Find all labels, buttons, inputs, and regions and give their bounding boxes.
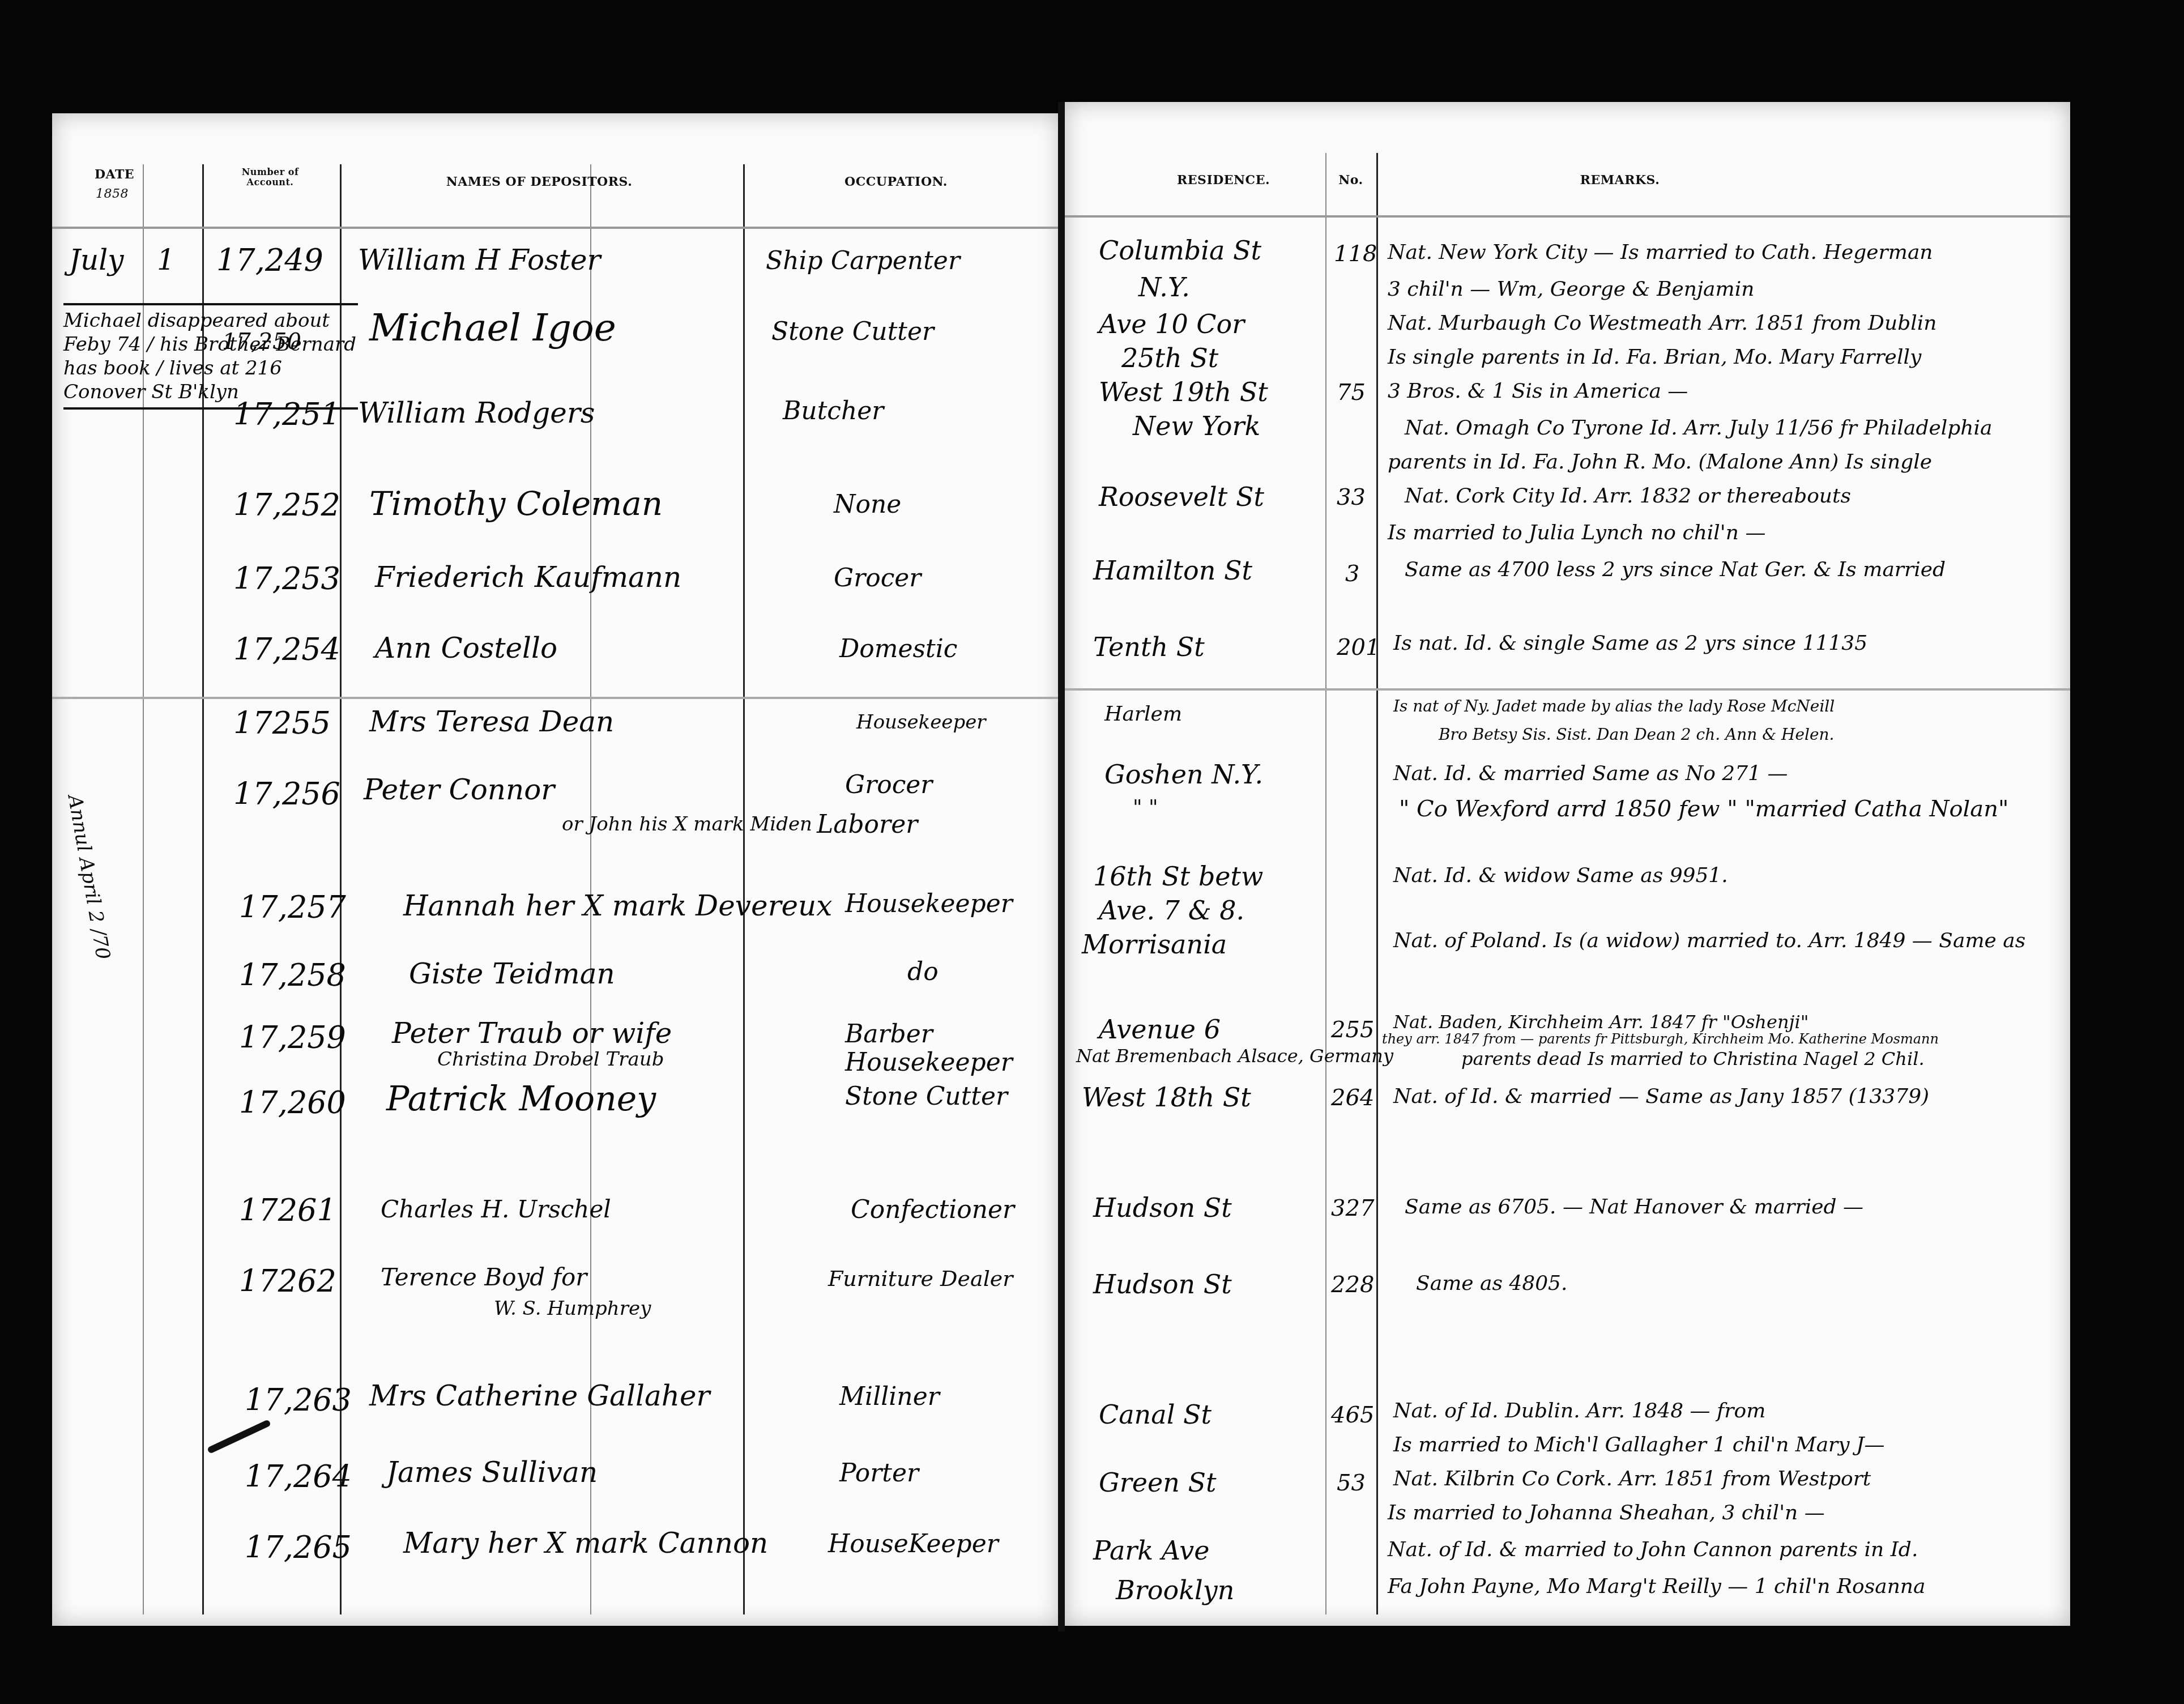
residence-line2: New York (1133, 411, 1260, 441)
remarks-line: Is married to Johanna Sheahan, 3 chil'n … (1388, 1501, 1825, 1524)
depositor-name: Patrick Mooney (386, 1079, 656, 1119)
residence-line2: Nat Bremenbach Alsace, Germany (1076, 1045, 1393, 1067)
remarks-line: Same as 4805. (1416, 1272, 1567, 1295)
occupation: None (834, 490, 901, 519)
annulled-note: Annul April 2 /70 (63, 793, 115, 961)
account-number: 17,249 (216, 242, 323, 278)
occupation: Housekeeper (856, 711, 986, 734)
remarks-line: Nat. Omagh Co Tyrone Id. Arr. July 11/56… (1405, 416, 1992, 440)
account-number: 17,250 (222, 329, 301, 355)
residence-line2: Ave. 7 & 8. (1099, 895, 1244, 926)
residence: Avenue 6 (1099, 1014, 1221, 1045)
residence: Columbia St (1099, 235, 1261, 266)
house-number: 201 (1337, 634, 1380, 661)
remarks-line: Nat. Kilbrin Co Cork. Arr. 1851 from Wes… (1393, 1467, 1871, 1490)
depositor-name: Michael Igoe (369, 306, 616, 350)
residence: Park Ave (1093, 1535, 1209, 1566)
occupation: Stone Cutter (771, 317, 934, 346)
account-number: 17,263 (245, 1382, 352, 1418)
remarks-line: Is nat of Ny. Jadet made by alias the la… (1393, 697, 1835, 715)
header-residence: RESIDENCE. (1155, 173, 1291, 188)
house-number: 255 (1331, 1017, 1374, 1043)
house-number: 3 (1345, 561, 1359, 587)
residence-line2: N.Y. (1138, 272, 1190, 303)
account-number: 17,254 (233, 632, 340, 667)
margin-annotation: Michael disappeared about Feby 74 / his … (63, 303, 358, 410)
header-names-of-depositors: NAMES OF DEPOSITORS. (403, 174, 675, 189)
residence: Roosevelt St (1099, 482, 1264, 512)
residence: Harlem (1104, 702, 1182, 726)
account-number: 17,251 (233, 397, 340, 432)
remarks-line: Same as 6705. — Nat Hanover & married — (1405, 1195, 1863, 1219)
account-number: 17,264 (245, 1459, 352, 1494)
house-number: 53 (1337, 1470, 1366, 1496)
occupation: Porter (839, 1459, 919, 1488)
depositor-name: Peter Traub or wife (392, 1017, 672, 1050)
column-divider (1325, 153, 1326, 1614)
house-number: 264 (1331, 1085, 1374, 1111)
depositor-name-line2: Christina Drobel Traub (437, 1048, 664, 1071)
remarks-line: Is married to Mich'l Gallagher 1 chil'n … (1393, 1433, 1885, 1456)
remarks-line: Nat. Id. & married Same as No 271 — (1393, 762, 1788, 785)
residence: Hudson St (1093, 1269, 1232, 1300)
residence-line2: 25th St (1121, 343, 1218, 373)
occupation: Housekeeper (845, 889, 1013, 918)
row-rule (52, 697, 1060, 699)
house-number: 33 (1337, 484, 1366, 510)
remarks-line: they arr. 1847 from — parents fr Pittsbu… (1382, 1031, 1939, 1047)
house-number: 118 (1334, 241, 1377, 267)
occupation: do (907, 957, 939, 986)
occupation: Confectioner (851, 1195, 1014, 1224)
remarks-line: Nat. New York City — Is married to Cath.… (1388, 241, 1933, 264)
depositor-name: James Sullivan (386, 1456, 598, 1489)
remarks-line: Is married to Julia Lynch no chil'n — (1388, 521, 1765, 544)
account-number: 17,265 (245, 1530, 352, 1565)
remarks-line: 3 Bros. & 1 Sis in America — (1388, 380, 1688, 403)
house-number: 228 (1331, 1272, 1374, 1298)
account-number: 17261 (239, 1192, 336, 1228)
residence: Morrisania (1082, 929, 1227, 960)
depositor-name: Mrs Catherine Gallaher (369, 1379, 710, 1412)
remarks-line: Bro Betsy Sis. Sist. Dan Dean 2 ch. Ann … (1439, 725, 1834, 744)
occupation: Grocer (845, 770, 932, 799)
residence: Tenth St (1093, 632, 1205, 662)
remarks-line: Nat. of Poland. Is (a widow) married to.… (1393, 929, 2025, 952)
remarks-line: Nat. of Id. & married — Same as Jany 185… (1393, 1085, 1929, 1108)
residence: 16th St betw (1093, 861, 1263, 892)
residence: Canal St (1099, 1399, 1212, 1430)
ink-stroke (207, 1419, 271, 1454)
header-date: DATE (92, 167, 137, 182)
residence: Hamilton St (1093, 555, 1252, 586)
entry-day: 1 (157, 244, 175, 276)
account-number: 17,256 (233, 776, 340, 812)
occupation: Barber (845, 1020, 933, 1049)
header-account-number: Number of Account. (239, 167, 301, 188)
house-number: 327 (1331, 1195, 1374, 1221)
depositor-name: Giste Teidman (409, 957, 615, 990)
header-occupation: OCCUPATION. (811, 174, 981, 189)
occupation: Stone Cutter (845, 1082, 1008, 1111)
remarks-line: Fa John Payne, Mo Marg't Reilly — 1 chil… (1388, 1575, 1925, 1598)
residence-line2: Brooklyn (1116, 1575, 1234, 1605)
occupation: Ship Carpenter (766, 246, 960, 275)
account-number: 17255 (233, 705, 331, 741)
header-remarks: REMARKS. (1507, 173, 1733, 188)
occupation-line2: Housekeeper (845, 1048, 1013, 1077)
account-number: 17,257 (239, 889, 346, 925)
header-rule (1065, 215, 2070, 218)
right-ledger-page: RESIDENCE. No. REMARKS. Columbia St N.Y.… (1065, 102, 2070, 1626)
remarks-line: parents dead Is married to Christina Nag… (1461, 1048, 1925, 1070)
account-number: 17262 (239, 1263, 336, 1299)
house-number: 465 (1331, 1402, 1374, 1428)
column-divider (1376, 153, 1378, 1614)
remarks-line: 3 chil'n — Wm, George & Benjamin (1388, 278, 1754, 301)
remarks-line: Nat. Baden, Kirchheim Arr. 1847 fr "Oshe… (1393, 1011, 1808, 1033)
account-number: 17,259 (239, 1020, 346, 1055)
remarks-line: parents in Id. Fa. John R. Mo. (Malone A… (1388, 450, 1932, 474)
account-number: 17,258 (239, 957, 346, 993)
residence: Hudson St (1093, 1192, 1232, 1223)
depositor-name: Mary her X mark Cannon (403, 1527, 768, 1560)
residence: Green St (1099, 1467, 1216, 1498)
remarks-line: Nat. Murbaugh Co Westmeath Arr. 1851 fro… (1388, 312, 1936, 335)
residence: Ave 10 Cor (1099, 309, 1244, 339)
house-number: 75 (1337, 380, 1366, 406)
residence: Goshen N.Y. (1104, 759, 1263, 790)
depositor-name: Mrs Teresa Dean (369, 705, 614, 738)
depositor-name: Terence Boyd for (381, 1263, 587, 1291)
header-rule (52, 227, 1060, 229)
depositor-name: William H Foster (358, 244, 600, 276)
occupation: Grocer (834, 564, 921, 593)
occupation-line2: Laborer (817, 810, 918, 839)
remarks-line: Nat. Cork City Id. Arr. 1832 or thereabo… (1405, 484, 1851, 508)
remarks-line: Same as 4700 less 2 yrs since Nat Ger. &… (1405, 558, 1946, 581)
account-number: 17,252 (233, 487, 340, 523)
occupation: Domestic (839, 634, 958, 663)
depositor-name-line2: or John his X mark Miden (562, 813, 812, 836)
depositor-name: Ann Costello (375, 632, 557, 664)
depositor-name: Friederich Kaufmann (375, 561, 681, 594)
remarks-line: Is nat. Id. & single Same as 2 yrs since… (1393, 632, 1867, 655)
remarks-line: Is single parents in Id. Fa. Brian, Mo. … (1388, 346, 1921, 369)
entry-month: July (69, 244, 123, 276)
depositor-name: Timothy Coleman (369, 484, 663, 523)
remarks-line: " Co Wexford arrd 1850 few " "married Ca… (1399, 796, 2008, 822)
occupation: Milliner (839, 1382, 940, 1411)
depositor-name-line2: W. S. Humphrey (494, 1297, 651, 1320)
header-number: No. (1331, 173, 1371, 188)
header-year: 1858 (89, 187, 135, 201)
account-number: 17,253 (233, 561, 340, 597)
depositor-name: Charles H. Urschel (381, 1195, 611, 1223)
row-rule (1065, 688, 2070, 691)
account-number: 17,260 (239, 1085, 346, 1121)
residence: West 19th St (1099, 377, 1268, 407)
occupation: Butcher (783, 397, 884, 425)
residence: West 18th St (1082, 1082, 1251, 1113)
depositor-name: William Rodgers (358, 397, 595, 429)
remarks-line: Nat. Id. & widow Same as 9951. (1393, 864, 1728, 887)
depositor-name: Hannah her X mark Devereux (403, 889, 833, 922)
remarks-line: Nat. of Id. Dublin. Arr. 1848 — from (1393, 1399, 1765, 1422)
residence-line2: " " (1133, 796, 1158, 819)
left-ledger-page: DATE 1858 Number of Account. NAMES OF DE… (52, 113, 1060, 1626)
depositor-name: Peter Connor (364, 773, 554, 806)
book-gutter (1058, 102, 1065, 1631)
remarks-line: Nat. of Id. & married to John Cannon par… (1388, 1538, 1918, 1561)
occupation: Furniture Dealer (828, 1266, 1013, 1291)
occupation: HouseKeeper (828, 1530, 999, 1558)
